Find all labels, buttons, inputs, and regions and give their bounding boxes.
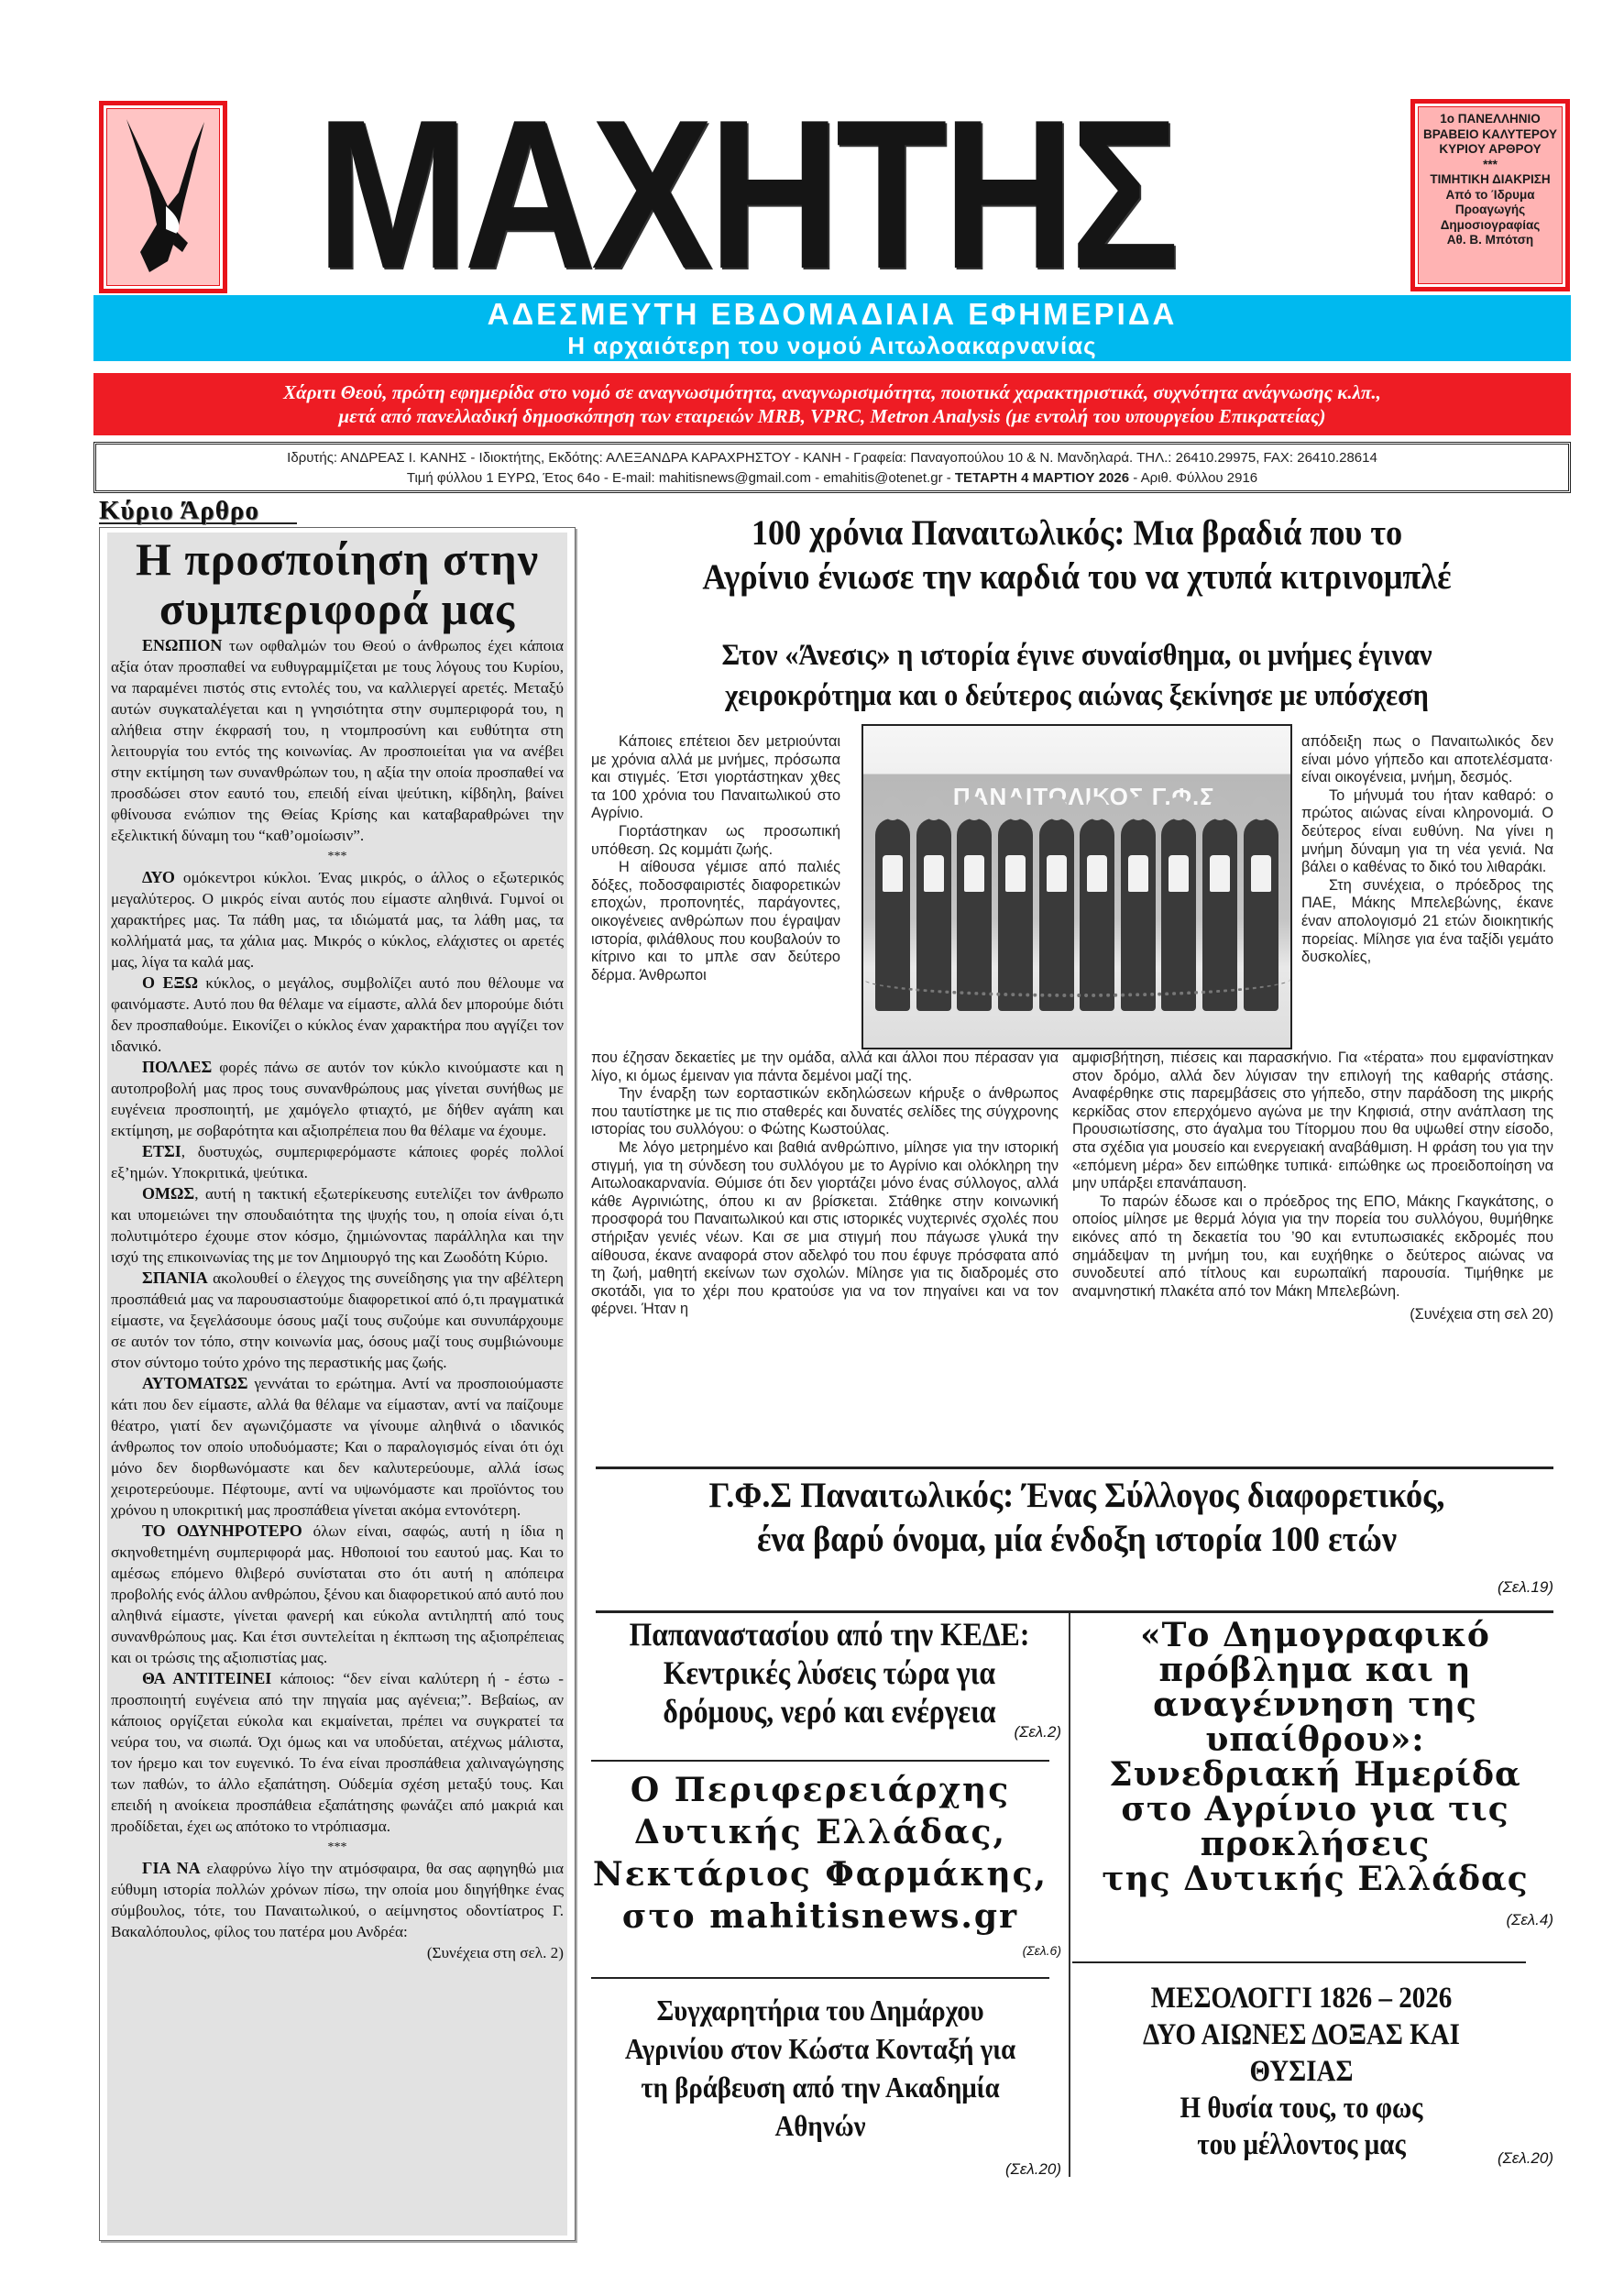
headline-line: Δυτικής Ελλάδας, xyxy=(591,1811,1049,1853)
tagline-band: ΑΔΕΣΜΕΥΤΗ ΕΒΔΟΜΑΔΙΑΙΑ ΕΦΗΜΕΡΙΔΑ Η αρχαιό… xyxy=(93,295,1571,361)
page-ref: (Σελ.20) xyxy=(916,2160,1061,2179)
editorial-body: ΕΝΩΠΙΟΝ των οφθαλμών του Θεού ο άνθρωπος… xyxy=(111,635,564,1963)
teaser-gfs-headline[interactable]: Γ.Φ.Σ Παναιτωλικός: Ένας Σύλλογος διαφορ… xyxy=(630,1474,1525,1562)
paragraph: ΓΙΑ ΝΑ ελαφρύνω λίγο την ατμόσφαιρα, θα … xyxy=(111,1858,564,1942)
tagline-secondary: Η αρχαιότερη του νομού Αιτωλοακαρνανίας xyxy=(93,332,1571,359)
headline-line: στο Αγρίνιο για τις xyxy=(1077,1792,1553,1827)
column-divider xyxy=(1069,1613,1070,2177)
award-line: ΚΥΡΙΟΥ ΑΡΘΡΟΥ xyxy=(1419,142,1562,158)
headline-line: προκλήσεις xyxy=(1077,1827,1553,1862)
page-ref: (Σελ.6) xyxy=(916,1943,1061,1958)
headline-line: Κεντρικές λύσεις τώρα για xyxy=(620,1653,1039,1692)
teaser-kede[interactable]: Παπαναστασίου από την ΚΕΔΕ: Κεντρικές λύ… xyxy=(620,1615,1039,1730)
editorial-box: Η προσποίηση στην συμπεριφορά μας ΕΝΩΠΙΟ… xyxy=(99,527,576,2241)
award-line: *** xyxy=(1419,158,1562,173)
headline-line: Νεκτάριος Φαρμάκης, xyxy=(591,1853,1049,1895)
headline-line: Συνεδριακή Ημερίδα xyxy=(1077,1757,1553,1792)
readership-banner: Χάριτι Θεού, πρώτη εφημερίδα στο νομό σε… xyxy=(93,373,1571,435)
section-label: Κύριο Άρθρο xyxy=(99,497,297,524)
teaser-farmakis[interactable]: Ο Περιφερειάρχης Δυτικής Ελλάδας, Νεκτάρ… xyxy=(591,1769,1049,1938)
headline-line: Αγρίνιο ένιωσε την καρδιά του να χτυπά κ… xyxy=(630,555,1525,599)
paragraph: ΟΜΩΣ, αυτή η τακτική εξωτερίκευσης ευτελ… xyxy=(111,1183,564,1268)
page-ref: (Σελ.2) xyxy=(916,1723,1061,1741)
paragraph: ΕΤΣΙ, δυστυχώς, συμπεριφερόμαστε κάποιες… xyxy=(111,1141,564,1183)
page-ref: (Σελ.4) xyxy=(1411,1911,1553,1929)
award-line: Δημοσιογραφίας xyxy=(1419,218,1562,234)
paragraph: Το μήνυμά του ήταν καθαρό: ο πρώτος αιών… xyxy=(1301,787,1553,877)
headline-line: «Το Δημογραφικό xyxy=(1077,1618,1553,1653)
teaser-mesolongi[interactable]: ΜΕΣΟΛΟΓΓΙ 1826 – 2026 ΔΥΟ ΑΙΩΝΕΣ ΔΟΞΑΣ Κ… xyxy=(1100,1980,1503,2163)
separator: *** xyxy=(111,1837,564,1858)
teaser-kontaxis[interactable]: Συγχαρητήρια του Δημάρχου Αγρινίου στον … xyxy=(614,1991,1026,2145)
readership-line-2: μετά από πανελλαδική δημοσκόπηση των ετα… xyxy=(93,404,1571,428)
divider xyxy=(596,1467,1553,1469)
eagle-icon xyxy=(106,108,220,286)
editorial-title-line: Η προσποίηση στην xyxy=(111,534,564,584)
paragraph: Στη συνέχεια, ο πρόεδρος της ΠΑΕ, Μάκης … xyxy=(1301,877,1553,967)
paragraph: Το παρών έδωσε και ο πρόεδρος της ΕΠΟ, Μ… xyxy=(1072,1193,1553,1302)
headline-line: Αγρινίου στον Κώστα Κονταξή για xyxy=(614,2029,1026,2068)
headline-line: Παπαναστασίου από την ΚΕΔΕ: xyxy=(620,1615,1039,1653)
editorial-title-line: συμπεριφορά μας xyxy=(111,584,564,633)
readership-line-1: Χάριτι Θεού, πρώτη εφημερίδα στο νομό σε… xyxy=(93,380,1571,404)
headline-line: Ο Περιφερειάρχης xyxy=(591,1769,1049,1811)
page-ref: (Σελ.20) xyxy=(1411,2149,1553,2168)
paragraph: Την έναρξη των εορταστικών εκδηλώσεων κή… xyxy=(591,1085,1059,1139)
paragraph: Ο ΕΞΩ κύκλος, ο μεγάλος, συμβολίζει αυτό… xyxy=(111,972,564,1057)
divider xyxy=(596,1610,1553,1613)
paragraph: ΤΟ ΟΔΥΝΗΡΟΤΕΡΟ όλων είναι, σαφώς, αυτή η… xyxy=(111,1521,564,1668)
subheadline-line: χειροκρότημα και ο δεύτερος αιώνας ξεκίν… xyxy=(634,676,1520,716)
paragraph: που έζησαν δεκαετίες με την ομάδα, αλλά … xyxy=(591,1049,1059,1085)
paragraph: Γιορτάστηκαν ως προσωπική υπόθεση. Ως κο… xyxy=(591,823,840,859)
event-photo[interactable]: ΠΑΝΑΙΤΩΛΙΚΟΣ Γ.Φ.Σ. xyxy=(861,724,1292,1049)
page-ref: (Σελ.19) xyxy=(1375,1578,1553,1597)
article-wide-left: που έζησαν δεκαετίες με την ομάδα, αλλά … xyxy=(591,1049,1059,1319)
award-line: ΒΡΑΒΕΙΟ ΚΑΛΥΤΕΡΟΥ xyxy=(1419,127,1562,143)
headline-line: ΔΥΟ ΑΙΩΝΕΣ ΔΟΞΑΣ ΚΑΙ ΘΥΣΙΑΣ xyxy=(1100,2016,1503,2090)
article-wide-right: αμφισβήτηση, πιέσεις και παρασκήνιο. Για… xyxy=(1072,1049,1553,1324)
headline-line: ΜΕΣΟΛΟΓΓΙ 1826 – 2026 xyxy=(1100,1980,1503,2016)
logo-frame xyxy=(99,101,227,293)
paragraph: Κάποιες επέτειοι δεν μετριούνται με χρόν… xyxy=(591,733,840,823)
continued-note: (Συνέχεια στη σελ 20) xyxy=(1072,1306,1553,1324)
article-column-a: Κάποιες επέτειοι δεν μετριούνται με χρόν… xyxy=(591,733,840,984)
newspaper-title: ΜΑΧΗΤΗΣ xyxy=(316,99,1175,291)
paragraph: αμφισβήτηση, πιέσεις και παρασκήνιο. Για… xyxy=(1072,1049,1553,1193)
paragraph: ΠΟΛΛΕΣ φορές πάνω σε αυτόν τον κύκλο κιν… xyxy=(111,1057,564,1141)
headline-line: Αθηνών xyxy=(614,2106,1026,2145)
headline-line: της Δυτικής Ελλάδας xyxy=(1077,1862,1553,1896)
paragraph: ΘΑ ΑΝΤΙΤΕΙΝΕΙ κάποιος: “δεν είναι καλύτε… xyxy=(111,1668,564,1837)
award-line: 1ο ΠΑΝΕΛΛΗΝΙΟ xyxy=(1419,112,1562,127)
tagline-primary: ΑΔΕΣΜΕΥΤΗ ΕΒΔΟΜΑΔΙΑΙΑ ΕΦΗΜΕΡΙΔΑ xyxy=(93,295,1571,332)
article-column-b: απόδειξη πως ο Παναιτωλικός δεν είναι μό… xyxy=(1301,733,1553,967)
headline-line: στο mahitisnews.gr xyxy=(591,1895,1049,1938)
subheadline-line: Στον «Άνεσις» η ιστορία έγινε συναίσθημα… xyxy=(634,635,1520,676)
headline-line: υπαίθρου»: xyxy=(1077,1722,1553,1757)
lead-headline[interactable]: 100 χρόνια Παναιτωλικός: Μια βραδιά που … xyxy=(630,511,1525,599)
paragraph: Η αίθουσα γέμισε από παλιές δόξες, ποδοσ… xyxy=(591,859,840,984)
paragraph: ΕΝΩΠΙΟΝ των οφθαλμών του Θεού ο άνθρωπος… xyxy=(111,635,564,846)
lead-subheadline: Στον «Άνεσις» η ιστορία έγινε συναίσθημα… xyxy=(634,635,1520,716)
award-badge: 1ο ΠΑΝΕΛΛΗΝΙΟ ΒΡΑΒΕΙΟ ΚΑΛΥΤΕΡΟΥ ΚΥΡΙΟΥ Α… xyxy=(1410,99,1570,291)
headline-line: Η θυσία τους, το φως xyxy=(1100,2090,1503,2126)
divider xyxy=(1072,1961,1526,1963)
award-line: Προαγωγής xyxy=(1419,203,1562,218)
headline-line: αναγέννηση της xyxy=(1077,1687,1553,1722)
headline-line: 100 χρόνια Παναιτωλικός: Μια βραδιά που … xyxy=(630,511,1525,555)
paragraph: απόδειξη πως ο Παναιτωλικός δεν είναι μό… xyxy=(1301,733,1553,787)
separator: *** xyxy=(111,846,564,867)
publisher-info: Ιδρυτής: ΑΝΔΡΕΑΣ Ι. ΚΑΝΗΣ - Ιδιοκτήτης, … xyxy=(93,442,1571,493)
headline-line: τη βράβευση από την Ακαδημία xyxy=(614,2068,1026,2106)
paragraph: ΣΠΑΝΙΑ ακολουθεί ο έλεγχος της συνείδηση… xyxy=(111,1268,564,1373)
paragraph: ΑΥΤΟΜΑΤΩΣ γεννάται το ερώτημα. Αντί να π… xyxy=(111,1373,564,1521)
award-line: ΤΙΜΗΤΙΚΗ ΔΙΑΚΡΙΣΗ xyxy=(1419,172,1562,188)
headline-line: Συγχαρητήρια του Δημάρχου xyxy=(614,1991,1026,2029)
divider xyxy=(591,1760,1049,1762)
issue-date: ΤΕΤΑΡΤΗ 4 ΜΑΡΤΙΟΥ 2026 xyxy=(955,470,1129,486)
price-contact: Τιμή φύλλου 1 ΕΥΡΩ, Έτος 64ο - E-mail: m… xyxy=(407,470,955,486)
teaser-demografiko[interactable]: «Το Δημογραφικό πρόβλημα και η αναγέννησ… xyxy=(1077,1618,1553,1896)
award-line: Από το Ίδρυμα xyxy=(1419,188,1562,203)
paragraph: ΔΥΟ ομόκεντροι κύκλοι. Ένας μικρός, ο άλ… xyxy=(111,867,564,972)
continued-note: (Συνέχεια στη σελ. 2) xyxy=(111,1942,564,1963)
rope-barrier xyxy=(863,961,1290,997)
issue-number: - Αριθ. Φύλλου 2916 xyxy=(1129,470,1257,486)
publisher-line: Ιδρυτής: ΑΝΔΡΕΑΣ Ι. ΚΑΝΗΣ - Ιδιοκτήτης, … xyxy=(96,448,1568,468)
headline-line: πρόβλημα και η xyxy=(1077,1653,1553,1687)
paragraph: Με λόγο μετρημένο και βαθιά ανθρώπινο, μ… xyxy=(591,1139,1059,1319)
award-line: Αθ. Β. Μπότση xyxy=(1419,233,1562,248)
headline-line: ένα βαρύ όνομα, μία ένδοξη ιστορία 100 ε… xyxy=(630,1518,1525,1562)
divider xyxy=(591,1977,1049,1979)
headline-line: Γ.Φ.Σ Παναιτωλικός: Ένας Σύλλογος διαφορ… xyxy=(630,1474,1525,1518)
editorial-title: Η προσποίηση στην συμπεριφορά μας xyxy=(111,534,564,633)
